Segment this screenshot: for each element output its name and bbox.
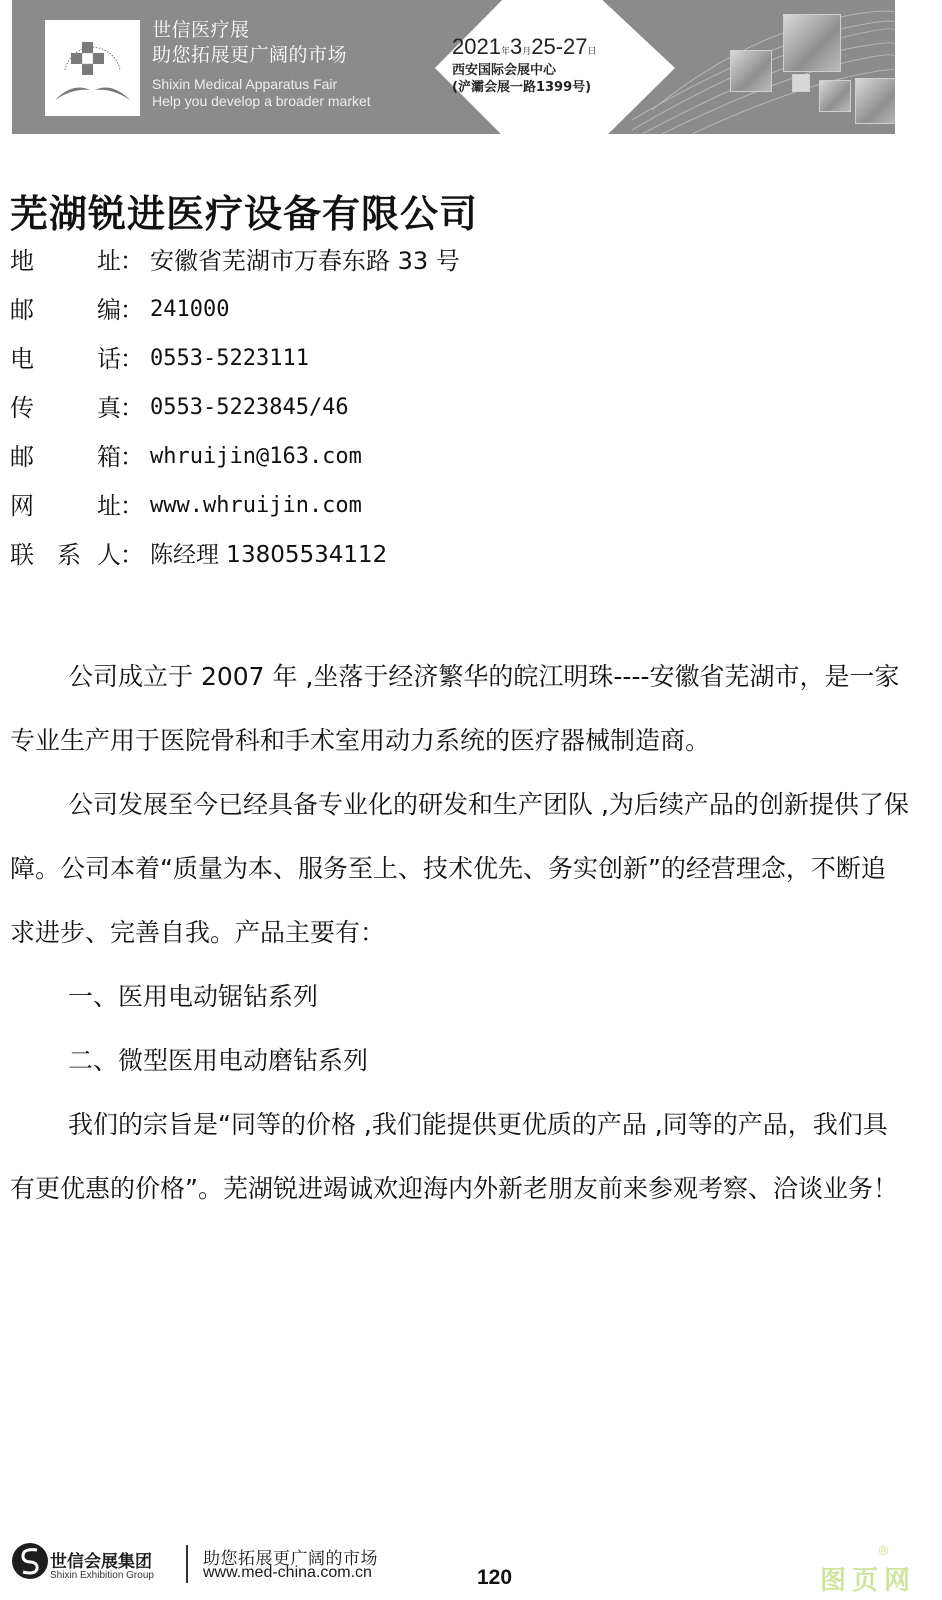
contact-person-value: 陈经理 13805534112: [150, 537, 387, 573]
product-photo-saw: [730, 50, 772, 92]
company-name: 芜湖锐进医疗设备有限公司: [10, 183, 478, 238]
watermark-logo: 图页网: [820, 1560, 916, 1597]
page-number: 120: [477, 1566, 512, 1590]
fair-venue: 西安国际会展中心 (浐灞会展一路1399号): [452, 62, 591, 96]
fair-banner: 世信医疗展 助您拓展更广阔的市场 Shixin Medical Apparatu…: [12, 0, 895, 134]
fax-value: 0553-5223845/46: [150, 390, 349, 426]
footer-url: www.med-china.com.cn: [203, 1564, 372, 1582]
phone-value: 0553-5223111: [150, 341, 309, 377]
paragraph-mission: 我们的宗旨是“同等的价格 ,我们能提供更优质的产品 ,同等的产品，我们具有更优惠…: [10, 1093, 910, 1221]
shixin-group-logo-icon: [11, 1542, 49, 1580]
medical-cross-logo-icon: [45, 20, 140, 116]
paragraph-intro: 公司成立于 2007 年 ,坐落于经济繁华的皖江明珠----安徽省芜湖市，是一家…: [10, 645, 910, 773]
venue-name: 西安国际会展中心: [452, 62, 591, 79]
address-value: 安徽省芜湖市万春东路 33 号: [150, 243, 460, 279]
banner-chinese-text: 世信医疗展 助您拓展更广阔的市场: [152, 18, 347, 68]
decorative-square: [792, 74, 810, 92]
product-photo-drill: [819, 80, 851, 112]
product-line-1: 一、医用电动锯钻系列: [10, 965, 910, 1029]
company-description: 公司成立于 2007 年 ,坐落于经济繁华的皖江明珠----安徽省芜湖市，是一家…: [10, 645, 910, 1221]
fair-logo: [45, 20, 140, 116]
footer-group-name-en: Shixin Exhibition Group: [50, 1570, 154, 1581]
page-footer: 世信会展集团 Shixin Exhibition Group 助您拓展更广阔的市…: [0, 1520, 942, 1600]
footer-group-name-cn: 世信会展集团: [50, 1547, 152, 1572]
registered-mark-icon: ®: [877, 1544, 890, 1559]
email-value: whruijin@163.com: [150, 439, 362, 475]
website-value: www.whruijin.com: [150, 488, 362, 524]
banner-title-cn: 世信医疗展: [152, 18, 347, 43]
product-line-2: 二、微型医用电动磨钻系列: [10, 1029, 910, 1093]
product-photo-tool: [855, 78, 895, 124]
fair-date: 2021年3月25-27日: [452, 34, 597, 64]
venue-address: (浐灞会展一路1399号): [452, 79, 591, 96]
banner-english-text: Shixin Medical Apparatus Fair Help you d…: [152, 76, 371, 110]
footer-divider: [186, 1545, 188, 1583]
product-photo-handpiece: [783, 14, 841, 72]
paragraph-development: 公司发展至今已经具备专业化的研发和生产团队 ,为后续产品的创新提供了保障。公司本…: [10, 773, 910, 965]
banner-title-en: Shixin Medical Apparatus Fair: [152, 76, 371, 93]
banner-slogan-en: Help you develop a broader market: [152, 93, 371, 110]
postcode-value: 241000: [150, 292, 229, 328]
banner-slogan-cn: 助您拓展更广阔的市场: [152, 43, 347, 68]
